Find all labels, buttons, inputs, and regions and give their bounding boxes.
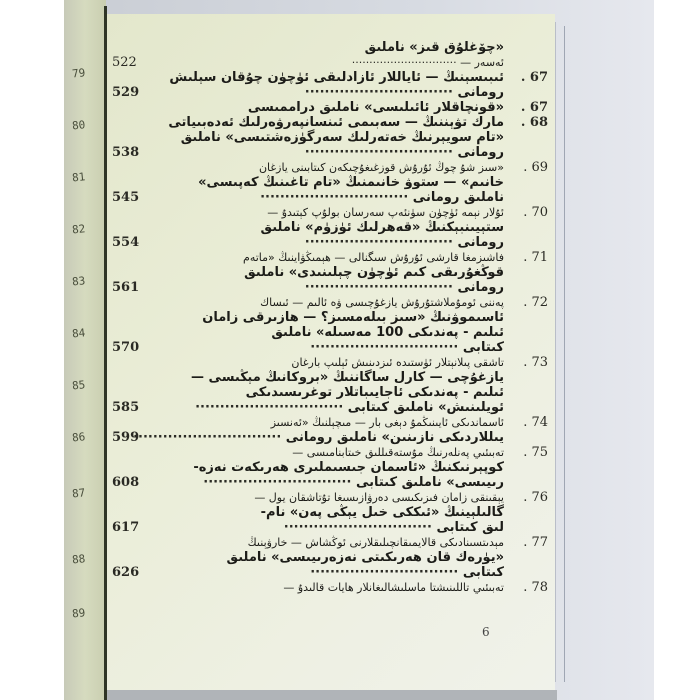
toc-line: «يۈرەك قان ھەرىكىتى نەزەرىيىسى» ناملىق	[112, 550, 504, 565]
toc-line-text: يازغۇچى — كارل ساگاننىڭ «بروكانىڭ مېڭىسى…	[191, 370, 504, 385]
toc-line: ئىلىم - پەندىكى ئاجايىباتلار توغرىسىدىكى	[112, 385, 504, 400]
toc-line-text: «چۆغلۇق قىز» ناملىق	[365, 40, 504, 55]
toc-line-text: رومانى	[457, 145, 504, 160]
toc-line: ئۇلار نېمە ئۈچۈن سۈنئەپ سەرسان بولۇپ كېت…	[112, 205, 504, 220]
entry-number: . 77	[523, 535, 548, 550]
toc-line-text: مېدىتسىنادىكى قالايمىقانچىلىقلارنى ئوڭشا…	[248, 536, 504, 549]
page-reference: 626	[112, 565, 139, 580]
toc-line: ئاسماندىكى ئايىنىڭمۇ دېغى بار — مىچېلنىڭ…	[112, 415, 504, 430]
page-reference: 545	[112, 190, 139, 205]
toc-line-text: لىق كىتابى	[436, 520, 504, 535]
page-reference: 570	[112, 340, 139, 355]
toc-line: لىق كىتابى ·····························…	[112, 520, 504, 535]
toc-line-text: كىتابى	[463, 565, 504, 580]
toc-line-text: پەننى ئومۇملاشتۇرۇش يازغۇچىسى ۋە ئالىم —…	[260, 296, 504, 309]
toc-line-text: يېقىنقى زامان فىزىكىسى دەرۋازىسىغا تۇتاش…	[254, 491, 504, 504]
entry-number: . 67	[521, 70, 548, 85]
entry-number: . 73	[523, 355, 548, 370]
toc-line-text: ناملىق رومانى	[413, 190, 504, 205]
page-edge	[564, 26, 565, 682]
leader-dots: ······························	[133, 430, 286, 445]
toc-line: يېقىنقى زامان فىزىكىسى دەرۋازىسىغا تۇتاش…	[112, 490, 504, 505]
toc-line-text: كىتابى	[463, 340, 504, 355]
toc-line: رومانى ······························561	[112, 280, 504, 295]
toc-line-text: خانىم» — ستوۋ خانىمنىڭ «تام تاغىنىڭ كەپى…	[198, 175, 504, 190]
entry-number: . 68	[521, 115, 548, 130]
entry-number: . 67	[521, 100, 548, 115]
toc-line: تاشقى پىلانېتلار ئۈستىدە ئىزدىنىش ئېلىپ …	[112, 355, 504, 370]
toc-line-text: ئاسىموۋنىڭ «سىز بىلەمسىز؟ — ھازىرقى زاما…	[202, 310, 504, 325]
toc-line: پەننى ئومۇملاشتۇرۇش يازغۇچىسى ۋە ئالىم —…	[112, 295, 504, 310]
toc-line: ئاسىموۋنىڭ «سىز بىلەمسىز؟ — ھازىرقى زاما…	[112, 310, 504, 325]
page-shadow	[107, 690, 557, 700]
toc-line-text: تەبىئىي پەنلەرنىڭ مۇستەقىللىق خىتابنامىس…	[292, 446, 504, 459]
toc-line-text: ئاسماندىكى ئايىنىڭمۇ دېغى بار — مىچېلنىڭ…	[271, 416, 504, 429]
toc-line-text: «قونچاقلار ئائىلىسى» ناملىق دراممىسى	[248, 100, 504, 115]
toc-line-text: ئىبىسېنىڭ — ئايا‌للار ئازادلىقى ئۈچۈن چۇ…	[169, 70, 504, 85]
page-folio-number: 6	[482, 625, 490, 639]
toc-line: رومانى ······························529	[112, 85, 504, 100]
toc-line: مېدىتسىنادىكى قالايمىقانچىلىقلارنى ئوڭشا…	[112, 535, 504, 550]
table-of-contents: «چۆغلۇق قىز» ناملىقئەسەر — ·············…	[112, 40, 504, 595]
toc-line-text: ئويلىنىش» ناملىق كىتابى	[348, 400, 504, 415]
toc-line: «قونچاقلار ئائىلىسى» ناملىق دراممىسى. 67	[112, 100, 504, 115]
toc-line-text: ستېيىنبېكنىڭ «قەھرلىك ئۈزۈم» ناملىق	[261, 220, 505, 235]
toc-line: يازغۇچى — كارل ساگاننىڭ «بروكانىڭ مېڭىسى…	[112, 370, 504, 385]
leader-dots: ······························	[203, 475, 356, 490]
toc-line: «چۆغلۇق قىز» ناملىق	[112, 40, 504, 55]
toc-line: فاشىزمغا قارشى ئۇرۇش سىگنالى — ھېمىڭۋاين…	[112, 250, 504, 265]
toc-line: ناملىق رومانى ··························…	[112, 190, 504, 205]
page-reference: 529	[112, 85, 139, 100]
toc-line-text: مارك تۋېننىڭ — سەبىمى ئىنسانپەرۋەرلىك ئە…	[168, 115, 504, 130]
leader-dots: ······························	[284, 520, 437, 535]
leader-dots: ······························	[195, 400, 348, 415]
toc-line: رومانى ······························554	[112, 235, 504, 250]
entry-number: . 74	[523, 415, 548, 430]
toc-line: تەبىئىي پەنلەرنىڭ مۇستەقىللىق خىتابنامىس…	[112, 445, 504, 460]
toc-line-text: تاشقى پىلانېتلار ئۈستىدە ئىزدىنىش ئېلىپ …	[291, 356, 504, 369]
entry-number: . 70	[523, 205, 548, 220]
toc-line-text: ئۇلار نېمە ئۈچۈن سۈنئەپ سەرسان بولۇپ كېت…	[267, 206, 504, 219]
toc-line: ئىلىم - پەندىكى 100 مەسىلە» ناملىق	[112, 325, 504, 340]
toc-line: ئىبىسېنىڭ — ئايا‌للار ئازادلىقى ئۈچۈن چۇ…	[112, 70, 504, 85]
toc-line-text: تەبىئىي تاللىنىشتا ماسلىشالىغانلار ھايات…	[283, 581, 504, 594]
toc-line-text: «سىز شۇ چوڭ ئۇرۇش قوزغىغۇچىكەن كىتابىنى …	[259, 161, 504, 174]
toc-line-text: گالىلېينىڭ «ئىككى خىل يېڭى پەن» نام-	[261, 505, 504, 520]
leader-dots: ······························	[310, 565, 463, 580]
page-reference: 617	[112, 520, 139, 535]
toc-line-text: رومانى	[457, 85, 504, 100]
entry-number: . 75	[523, 445, 548, 460]
toc-line: كىتابى ······························626	[112, 565, 504, 580]
toc-line: خانىم» — ستوۋ خانىمنىڭ «تام تاغىنىڭ كەپى…	[112, 175, 504, 190]
toc-line-text: «تام سويېرنىڭ خەتەرلىك سەرگۈزەشتىسى» نام…	[181, 130, 504, 145]
toc-line: رىيىسى» ناملىق كىتابى ··················…	[112, 475, 504, 490]
page-edge	[555, 22, 556, 682]
page-reference: 561	[112, 280, 139, 295]
toc-line-text: فاشىزمغا قارشى ئۇرۇش سىگنالى — ھېمىڭۋاين…	[243, 251, 504, 264]
entry-number: . 78	[523, 580, 548, 595]
leader-dots: ······························	[305, 145, 458, 160]
toc-line-text: رومانى	[457, 280, 504, 295]
toc-line: «تام سويېرنىڭ خەتەرلىك سەرگۈزەشتىسى» نام…	[112, 130, 504, 145]
leader-dots: ······························	[305, 85, 458, 100]
toc-line-text: كوپېرنىكنىڭ «ئاسمان جىسىملىرى ھەرىكەت نە…	[193, 460, 504, 475]
toc-line: يىللاردىكى نازىنىن» ناملىق رومانى ······…	[112, 430, 504, 445]
toc-line-text: ئىلىم - پەندىكى 100 مەسىلە» ناملىق	[271, 325, 504, 340]
entry-number: . 71	[523, 250, 548, 265]
toc-line: قوڭغۇرىقى كىم ئۈچۈن چېلىنىدى» ناملىق	[112, 265, 504, 280]
toc-line-text: «يۈرەك قان ھەرىكىتى نەزەرىيىسى» ناملىق	[226, 550, 504, 565]
toc-line: كىتابى ······························570	[112, 340, 504, 355]
left-facing-page	[64, 0, 106, 700]
leader-dots: ······························	[305, 280, 458, 295]
page-reference: 554	[112, 235, 139, 250]
page-reference: 585	[112, 400, 139, 415]
toc-line-text: ئەسەر —	[460, 56, 504, 69]
toc-line-text: قوڭغۇرىقى كىم ئۈچۈن چېلىنىدى» ناملىق	[244, 265, 504, 280]
page-reference: 599	[112, 430, 139, 445]
toc-line: ئويلىنىش» ناملىق كىتابى ················…	[112, 400, 504, 415]
leader-dots: ······························	[310, 340, 463, 355]
toc-line: ستېيىنبېكنىڭ «قەھرلىك ئۈزۈم» ناملىق	[112, 220, 504, 235]
toc-line: رومانى ······························538	[112, 145, 504, 160]
toc-line: «سىز شۇ چوڭ ئۇرۇش قوزغىغۇچىكەن كىتابىنى …	[112, 160, 504, 175]
entry-number: . 76	[523, 490, 548, 505]
leader-dots: ······························	[352, 56, 460, 69]
page-reference: 608	[112, 475, 139, 490]
leader-dots: ······························	[305, 235, 458, 250]
page-reference: 538	[112, 145, 139, 160]
toc-line-text: ئىلىم - پەندىكى ئاجايىباتلار توغرىسىدىكى	[246, 385, 504, 400]
entry-number: . 72	[523, 295, 548, 310]
toc-line: كوپېرنىكنىڭ «ئاسمان جىسىملىرى ھەرىكەت نە…	[112, 460, 504, 475]
toc-line-text: رومانى	[457, 235, 504, 250]
toc-line-text: رىيىسى» ناملىق كىتابى	[356, 475, 504, 490]
toc-line: تەبىئىي تاللىنىشتا ماسلىشالىغانلار ھايات…	[112, 580, 504, 595]
entry-number: . 69	[523, 160, 548, 175]
toc-line-text: يىللاردىكى نازىنىن» ناملىق رومانى	[286, 430, 504, 445]
toc-line: ئەسەر — ······························52…	[112, 55, 504, 70]
toc-line: گالىلېينىڭ «ئىككى خىل يېڭى پەن» نام-	[112, 505, 504, 520]
page-reference: 522	[112, 55, 137, 70]
leader-dots: ······························	[260, 190, 413, 205]
toc-line: مارك تۋېننىڭ — سەبىمى ئىنسانپەرۋەرلىك ئە…	[112, 115, 504, 130]
